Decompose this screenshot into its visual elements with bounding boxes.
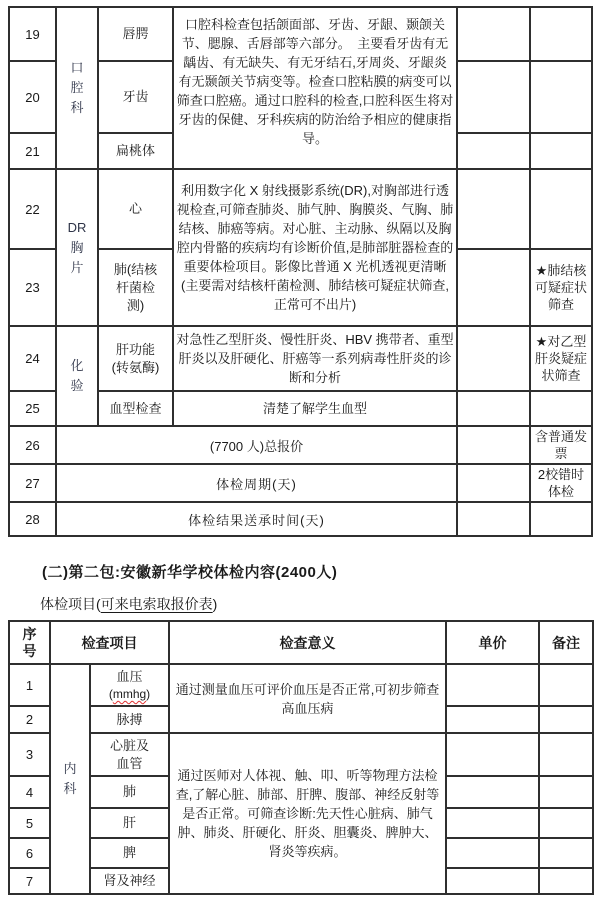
unit-mmhg: mmhg xyxy=(113,687,146,701)
row-no: 6 xyxy=(9,838,50,868)
dept-label: 口腔科 xyxy=(70,58,85,118)
item-unit-line: (mmhg) xyxy=(93,686,166,702)
table-row: 22 DR胸片 心 利用数字化 X 射线摄影系统(DR),对胸部进行透视检查,可… xyxy=(9,169,592,249)
item-cell: 肝功能 (转氨酶) xyxy=(98,326,173,391)
meaning-cell-bloodtype: 清楚了解学生血型 xyxy=(173,391,457,426)
item-cell: 肺(结核 杆菌检 测) xyxy=(98,249,173,326)
item-line: 肺(结核 xyxy=(101,261,170,279)
item-cell: 脾 xyxy=(90,838,169,868)
remark-cell xyxy=(539,808,593,838)
meaning-cell-bp: 通过测量血压可评价血压是否正常,可初步筛查高血压病 xyxy=(169,664,446,733)
table-row: 27 体检周期(天) 2校错时体检 xyxy=(9,464,592,502)
price-cell xyxy=(446,664,539,706)
item-line: (转氨酶) xyxy=(101,359,170,377)
item-cell: 血压 (mmhg) xyxy=(90,664,169,706)
section-subheading: 体检项目(可来电索取报价表) xyxy=(40,594,217,614)
meaning-cell-physical: 通过医师对人体视、触、叩、听等物理方法检查,了解心脏、肺部、肝脾、腹部、神经反射… xyxy=(169,733,446,894)
paren-close: ) xyxy=(146,687,150,701)
dept-cell-lab: 化验 xyxy=(56,326,98,426)
meaning-cell-liver: 对急性乙型肝炎、慢性肝炎、HBV 携带者、重型肝炎以及肝硬化、肝癌等一系列病毒性… xyxy=(173,326,457,391)
item-cell: 心 xyxy=(98,169,173,249)
meaning-cell-oral: 口腔科检查包括颌面部、牙齿、牙龈、颞颌关节、腮腺、舌唇部等六部分。 主要看牙齿有… xyxy=(173,7,457,169)
table-row: 26 (7700 人)总报价 含普通发票 xyxy=(9,426,592,464)
item-line: 肝功能 xyxy=(101,341,170,359)
row-no: 23 xyxy=(9,249,56,326)
section-heading: (二)第二包:安徽新华学校体检内容(2400人) xyxy=(42,561,337,582)
row-no: 24 xyxy=(9,326,56,391)
table-row: 1 内科 血压 (mmhg) 通过测量血压可评价血压是否正常,可初步筛查高血压病 xyxy=(9,664,593,706)
remark-cell xyxy=(530,7,592,61)
price-cell xyxy=(457,133,530,169)
item-line: 心脏及 xyxy=(93,737,166,755)
header-no: 序号 xyxy=(9,621,50,664)
row-no: 2 xyxy=(9,706,50,733)
row-no: 27 xyxy=(9,464,56,502)
row-no: 1 xyxy=(9,664,50,706)
remark-cell xyxy=(539,868,593,894)
table-row: 3 心脏及 血管 通过医师对人体视、触、叩、听等物理方法检查,了解心脏、肺部、肝… xyxy=(9,733,593,776)
price-cell xyxy=(457,464,530,502)
table-row: 24 化验 肝功能 (转氨酶) 对急性乙型肝炎、慢性肝炎、HBV 携带者、重型肝… xyxy=(9,326,592,391)
row-no: 20 xyxy=(9,61,56,133)
price-cell xyxy=(446,776,539,808)
price-cell xyxy=(446,808,539,838)
remark-cell: 2校错时体检 xyxy=(530,464,592,502)
table-header-row: 序号 检查项目 检查意义 单价 备注 xyxy=(9,621,593,664)
remark-cell xyxy=(530,502,592,536)
item-line: 杆菌检 xyxy=(101,279,170,297)
price-cell xyxy=(457,7,530,61)
item-cell: 唇腭 xyxy=(98,7,173,61)
price-cell xyxy=(457,502,530,536)
header-remark: 备注 xyxy=(539,621,593,664)
dept-label: 化验 xyxy=(70,356,85,396)
remark-cell xyxy=(530,169,592,249)
price-cell xyxy=(457,326,530,391)
result-delivery-label: 体检结果送承时间(天) xyxy=(56,502,457,536)
exam-items-table-package1: 19 口腔科 唇腭 口腔科检查包括颌面部、牙齿、牙龈、颞颌关节、腮腺、舌唇部等六… xyxy=(8,6,593,537)
row-no: 3 xyxy=(9,733,50,776)
price-cell xyxy=(446,733,539,776)
item-cell: 肺 xyxy=(90,776,169,808)
subheading-suffix: ) xyxy=(213,596,218,612)
remark-cell: 含普通发票 xyxy=(530,426,592,464)
meaning-cell-dr: 利用数字化 X 射线摄影系统(DR),对胸部进行透视检查,可筛查肺炎、肺气肿、胸… xyxy=(173,169,457,326)
table-row: 28 体检结果送承时间(天) xyxy=(9,502,592,536)
remark-cell xyxy=(539,733,593,776)
remark-cell: ★肺结核可疑症状筛查 xyxy=(530,249,592,326)
item-cell: 肝 xyxy=(90,808,169,838)
item-line: 血压 xyxy=(93,668,166,686)
item-line: 血管 xyxy=(93,755,166,773)
row-no: 7 xyxy=(9,868,50,894)
dept-label: DR胸片 xyxy=(65,218,90,278)
price-cell xyxy=(457,391,530,426)
dept-label: 内科 xyxy=(63,759,78,799)
row-no: 28 xyxy=(9,502,56,536)
exam-items-table-package2: 序号 检查项目 检查意义 单价 备注 1 内科 血压 (mmhg) 通过测量血压… xyxy=(8,620,594,895)
header-meaning: 检查意义 xyxy=(169,621,446,664)
dept-cell-dr: DR胸片 xyxy=(56,169,98,326)
price-cell xyxy=(446,868,539,894)
item-cell: 血型检查 xyxy=(98,391,173,426)
row-no: 26 xyxy=(9,426,56,464)
remark-cell xyxy=(530,391,592,426)
price-cell xyxy=(446,838,539,868)
item-line: 测) xyxy=(101,297,170,315)
row-no: 5 xyxy=(9,808,50,838)
item-cell: 脉搏 xyxy=(90,706,169,733)
header-item: 检查项目 xyxy=(50,621,169,664)
item-cell: 心脏及 血管 xyxy=(90,733,169,776)
price-cell xyxy=(457,426,530,464)
item-cell: 肾及神经 xyxy=(90,868,169,894)
total-quote-label: (7700 人)总报价 xyxy=(56,426,457,464)
row-no: 19 xyxy=(9,7,56,61)
remark-cell xyxy=(539,776,593,808)
subheading-prefix: 体检项目( xyxy=(40,596,101,612)
item-cell: 扁桃体 xyxy=(98,133,173,169)
remark-cell: ★对乙型肝炎疑症状筛查 xyxy=(530,326,592,391)
dept-cell-oral: 口腔科 xyxy=(56,7,98,169)
remark-cell xyxy=(539,664,593,706)
price-cell xyxy=(457,61,530,133)
remark-cell xyxy=(530,61,592,133)
row-no: 25 xyxy=(9,391,56,426)
remark-cell xyxy=(539,706,593,733)
dept-cell-internal: 内科 xyxy=(50,664,90,894)
row-no: 21 xyxy=(9,133,56,169)
row-no: 22 xyxy=(9,169,56,249)
price-cell xyxy=(446,706,539,733)
page: { "colors": { "border": "#2f2f2f", "text… xyxy=(0,0,600,900)
remark-cell xyxy=(539,838,593,868)
subheading-underlined-phrase: 可来电索取报价表 xyxy=(101,596,213,612)
exam-cycle-label: 体检周期(天) xyxy=(56,464,457,502)
table-row: 19 口腔科 唇腭 口腔科检查包括颌面部、牙齿、牙龈、颞颌关节、腮腺、舌唇部等六… xyxy=(9,7,592,61)
row-no: 4 xyxy=(9,776,50,808)
item-cell: 牙齿 xyxy=(98,61,173,133)
price-cell xyxy=(457,169,530,249)
remark-cell xyxy=(530,133,592,169)
header-price: 单价 xyxy=(446,621,539,664)
price-cell xyxy=(457,249,530,326)
